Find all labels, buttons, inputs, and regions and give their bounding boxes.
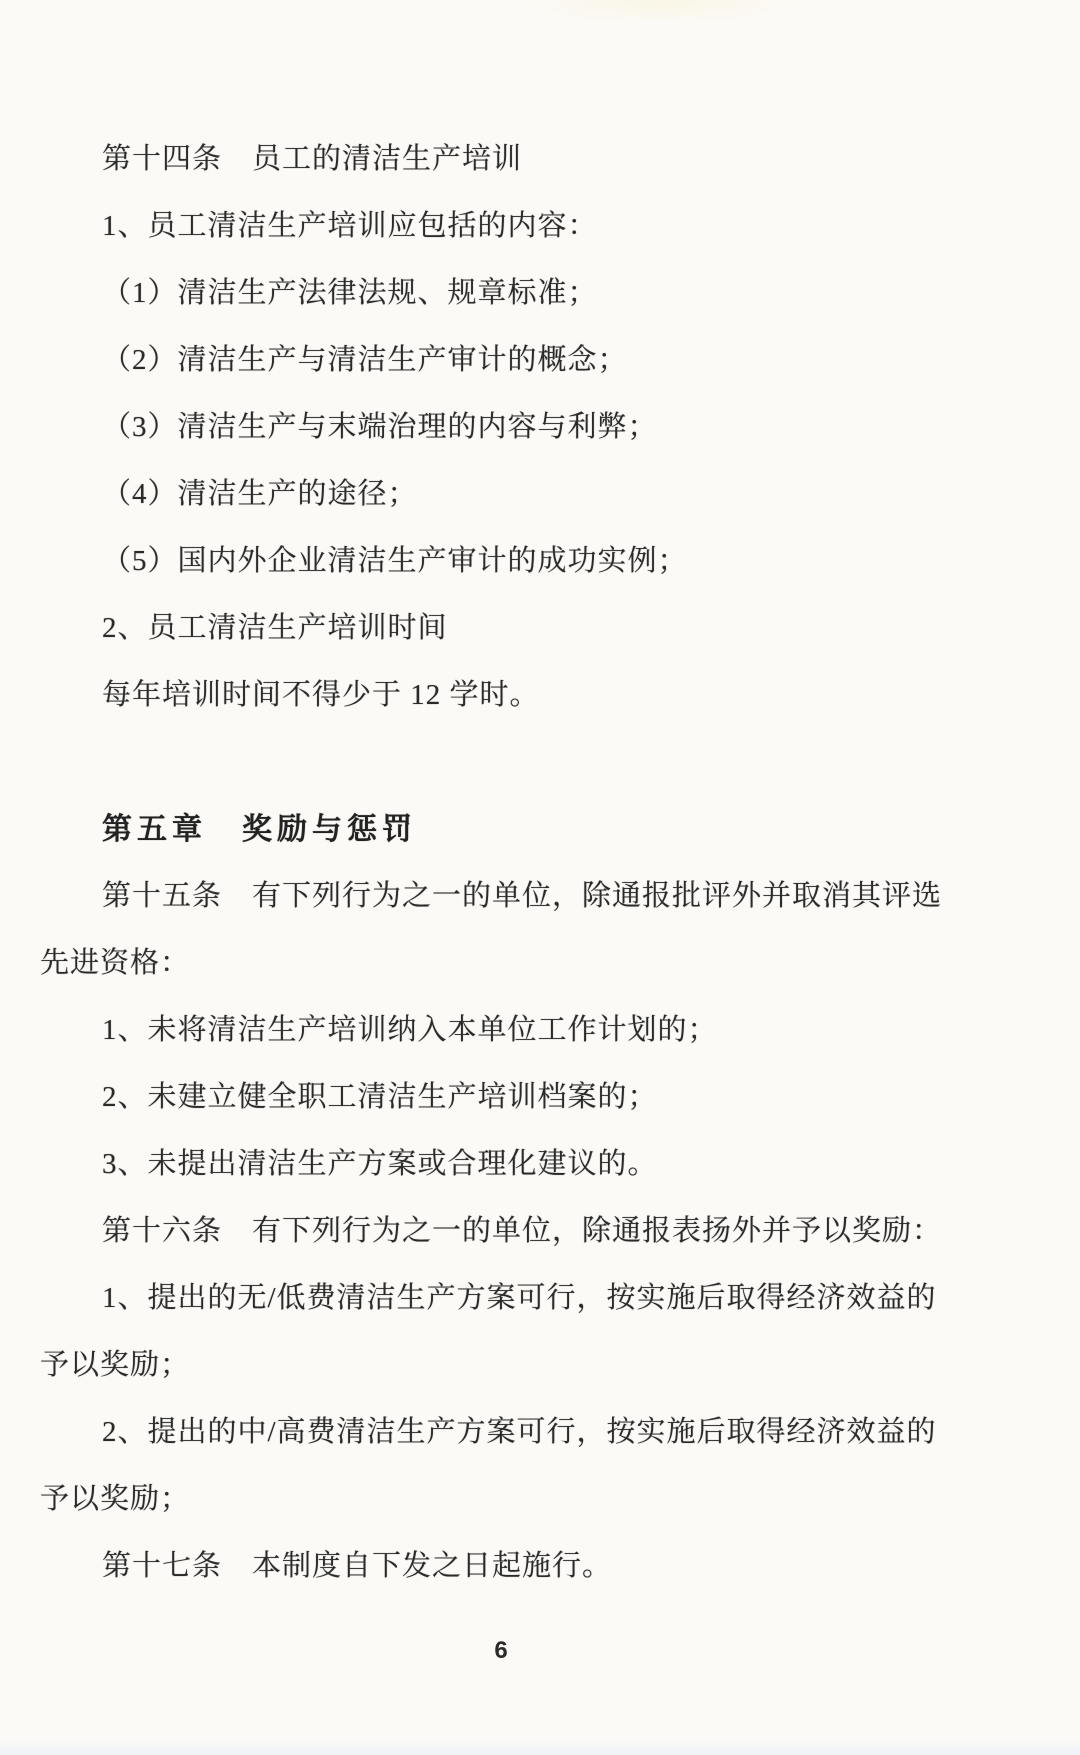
document-line: 先进资格： xyxy=(40,930,1050,997)
document-body: 第十四条 员工的清洁生产培训 1、员工清洁生产培训应包括的内容： （1）清洁生产… xyxy=(40,126,1050,1600)
article-16-line: 第十六条 有下列行为之一的单位，除通报表扬外并予以奖励： xyxy=(40,1198,1050,1265)
document-page: 第十四条 员工的清洁生产培训 1、员工清洁生产培训应包括的内容： （1）清洁生产… xyxy=(0,0,1080,1755)
chapter-5-heading: 第五章 奖励与惩罚 xyxy=(40,796,1050,863)
article-15-line: 第十五条 有下列行为之一的单位，除通报批评外并取消其评选 xyxy=(40,863,1050,930)
document-line: （4）清洁生产的途径； xyxy=(40,461,1050,528)
document-line: 予以奖励； xyxy=(40,1466,1050,1533)
page-bottom-shade xyxy=(0,1739,1080,1755)
document-line: （2）清洁生产与清洁生产审计的概念； xyxy=(40,327,1050,394)
document-line: （1）清洁生产法律法规、规章标准； xyxy=(40,260,1050,327)
page-number: 6 xyxy=(486,1637,516,1665)
document-line: 每年培训时间不得少于 12 学时。 xyxy=(40,662,1050,729)
document-line: 2、员工清洁生产培训时间 xyxy=(40,595,1050,662)
section-spacer xyxy=(40,729,1050,796)
article-14-heading: 第十四条 员工的清洁生产培训 xyxy=(40,126,1050,193)
document-line: 2、提出的中/高费清洁生产方案可行，按实施后取得经济效益的 xyxy=(40,1399,1050,1466)
document-line: 1、未将清洁生产培训纳入本单位工作计划的； xyxy=(40,997,1050,1064)
document-line: 1、提出的无/低费清洁生产方案可行，按实施后取得经济效益的 xyxy=(40,1265,1050,1332)
document-line: （5）国内外企业清洁生产审计的成功实例； xyxy=(40,528,1050,595)
document-line: （3）清洁生产与末端治理的内容与利弊； xyxy=(40,394,1050,461)
document-line: 1、员工清洁生产培训应包括的内容： xyxy=(40,193,1050,260)
article-17-line: 第十七条 本制度自下发之日起施行。 xyxy=(40,1533,1050,1600)
document-line: 3、未提出清洁生产方案或合理化建议的。 xyxy=(40,1131,1050,1198)
document-line: 2、未建立健全职工清洁生产培训档案的； xyxy=(40,1064,1050,1131)
document-line: 予以奖励； xyxy=(40,1332,1050,1399)
